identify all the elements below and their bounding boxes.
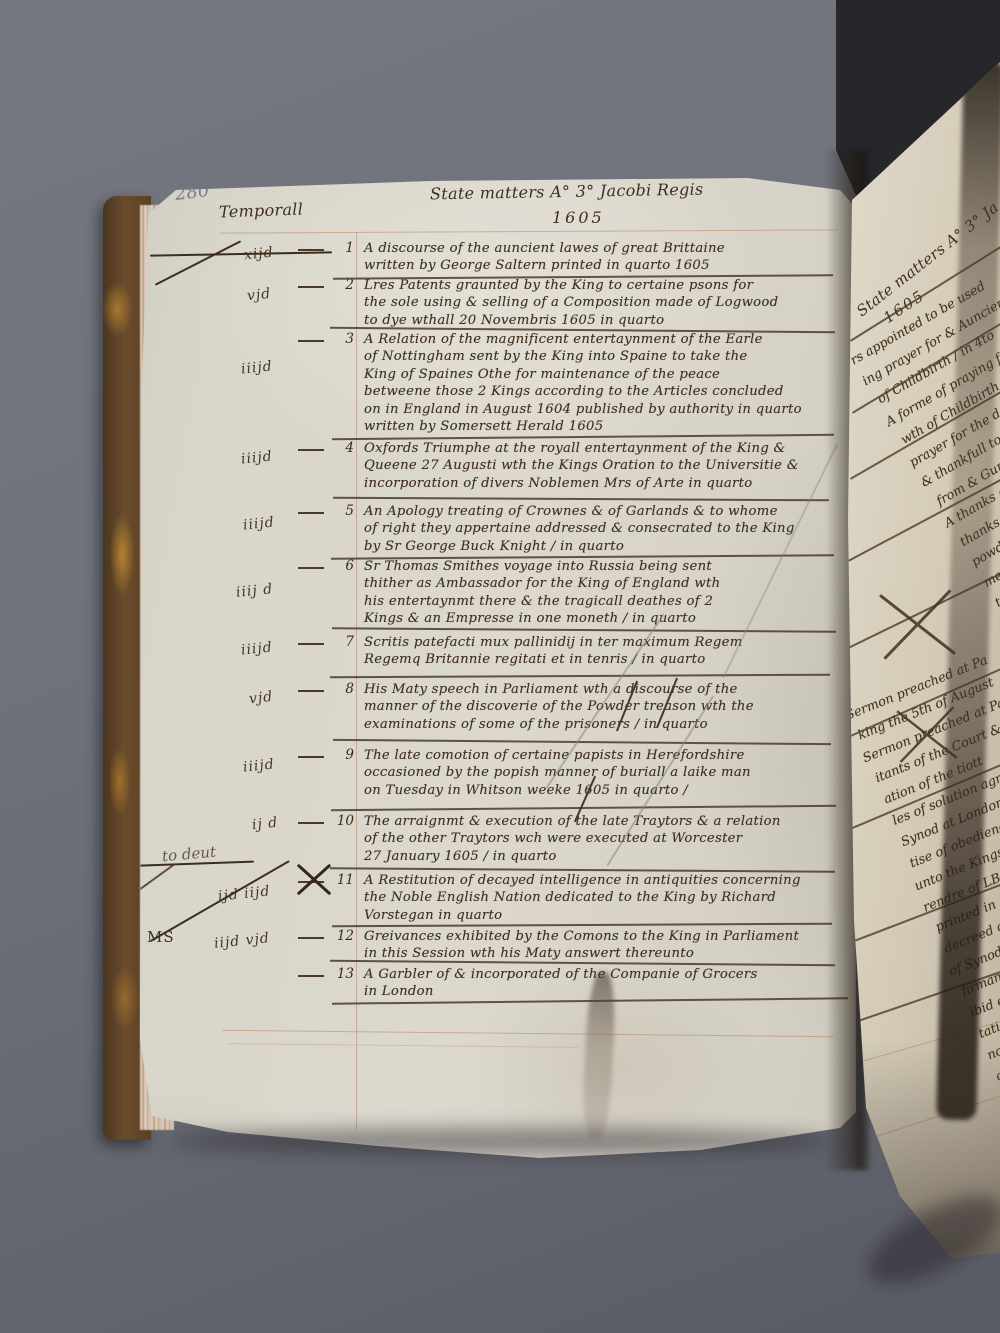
entry-number: 1 (330, 240, 354, 256)
entry-text: The late comotion of certaine papists in… (364, 747, 842, 799)
entry-text: Lres Patents graunted by the King to cer… (364, 277, 842, 329)
entry-number: 5 (330, 503, 354, 519)
entry-number: 13 (330, 966, 354, 982)
ruled-line (356, 232, 357, 1130)
cross-out-mark (870, 580, 960, 670)
entry-number: 2 (330, 277, 354, 293)
entry-text: Scritis patefacti mux pallinidij in ter … (364, 634, 842, 669)
entry-text: A Restitution of decayed intelligence in… (364, 872, 842, 924)
price-mark: iiijd (242, 514, 275, 533)
entry-text: Greivances exhibited by the Comons to th… (364, 928, 842, 963)
entry-number: 8 (330, 681, 354, 697)
entry-number: 7 (330, 634, 354, 650)
entry-text: Oxfords Triumphe at the royall entertayn… (364, 440, 842, 492)
price-mark: ij d (251, 815, 279, 834)
entry-number: 4 (330, 440, 354, 456)
entry-number: 10 (330, 813, 354, 829)
entry-number: 11 (330, 872, 354, 888)
entry-text: A discourse of the auncient lawes of gre… (364, 240, 842, 275)
page-shadow (170, 1128, 830, 1154)
entry-text: The arraignmt & execution of the late Tr… (364, 813, 842, 865)
section-heading: Temporall (219, 200, 304, 222)
manuscript-photo: 280 Temporall State matters A° 3° Jacobi… (0, 0, 1000, 1333)
price-mark: iiijd (240, 639, 273, 658)
entry-text: His Maty speech in Parliament wth a disc… (364, 681, 842, 733)
entry-text: An Apology treating of Crownes & of Garl… (364, 503, 842, 555)
entry-number: 12 (330, 928, 354, 944)
folio-number: 280 (174, 180, 211, 205)
entry-number: 9 (330, 747, 354, 763)
price-mark: vjd (248, 689, 274, 707)
page-year: 1605 (552, 208, 605, 227)
cross-mark (292, 860, 332, 900)
price-mark: vjd (246, 286, 272, 304)
entry-number: 3 (330, 331, 354, 347)
price-mark: iiijd (240, 358, 273, 377)
price-mark: iiijd (240, 448, 273, 467)
price-mark: iiijd (242, 756, 275, 775)
entry-number: 6 (330, 558, 354, 574)
entry-text: Sr Thomas Smithes voyage into Russia bei… (364, 558, 842, 628)
entry-text: A Relation of the magnificent entertaynm… (364, 331, 842, 435)
